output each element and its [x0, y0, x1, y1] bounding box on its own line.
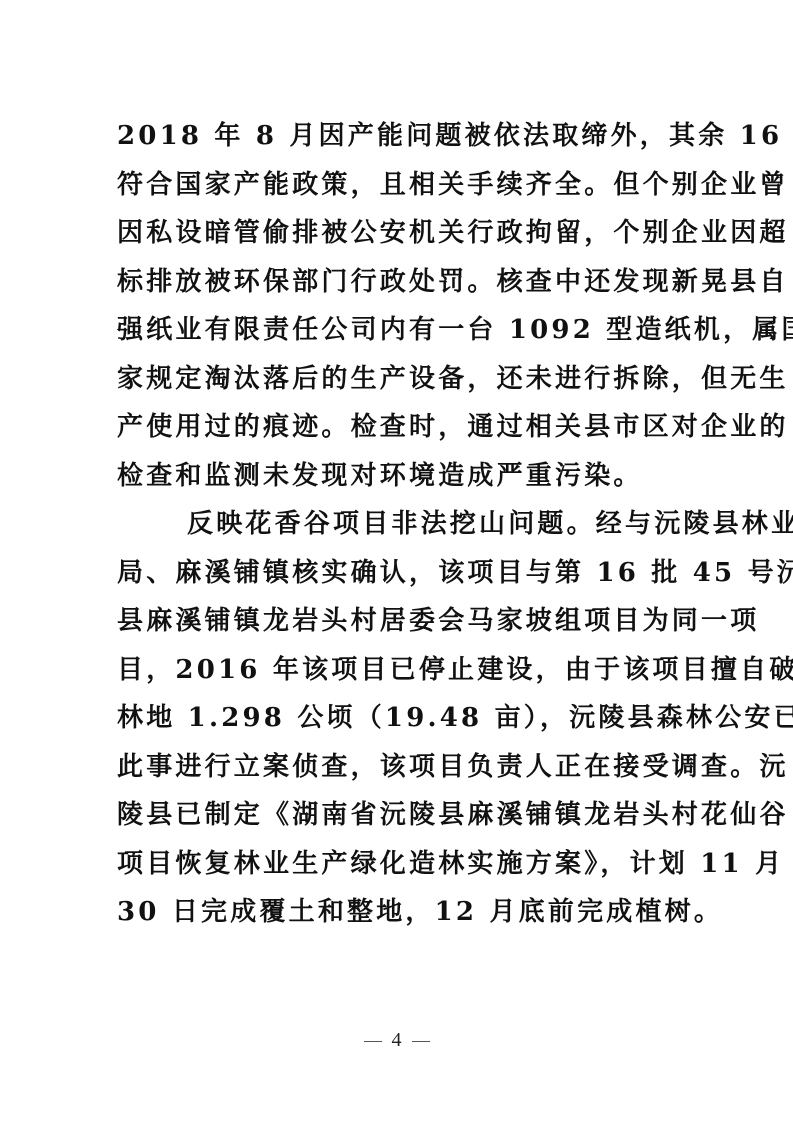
- text-line: 陵县已制定《湖南省沅陵县麻溪铺镇龙岩头村花仙谷: [117, 791, 687, 840]
- paragraph-enterprise-inspection: 2018 年 8 月因产能问题被依法取缔外，其余 16 家均 符合国家产能政策，…: [117, 112, 687, 500]
- text-line: 强纸业有限责任公司内有一台 1092 型造纸机，属国: [117, 306, 687, 355]
- body-text: 2018 年 8 月因产能问题被依法取缔外，其余 16 家均 符合国家产能政策，…: [117, 112, 687, 937]
- text-line: 县麻溪铺镇龙岩头村居委会马家坡组项目为同一项: [117, 597, 687, 646]
- text-line: 局、麻溪铺镇核实确认，该项目与第 16 批 45 号沅陵: [117, 549, 687, 598]
- text-line: 产使用过的痕迹。检查时，通过相关县市区对企业的: [117, 403, 687, 452]
- paragraph-huaxianggu-project: 反映花香谷项目非法挖山问题。经与沅陵县林业 局、麻溪铺镇核实确认，该项目与第 1…: [117, 500, 687, 937]
- text-line: 目，2016 年该项目已停止建设，由于该项目擅自破坏: [117, 646, 687, 695]
- text-line: 林地 1.298 公顷（19.48 亩），沅陵县森林公安已就: [117, 694, 687, 743]
- text-line: 标排放被环保部门行政处罚。核查中还发现新晃县自: [117, 258, 687, 307]
- page-number-value: 4: [392, 1029, 402, 1051]
- document-page: 2018 年 8 月因产能问题被依法取缔外，其余 16 家均 符合国家产能政策，…: [0, 0, 793, 1122]
- text-line: 反映花香谷项目非法挖山问题。经与沅陵县林业: [117, 500, 687, 549]
- dash-left: [364, 1041, 382, 1042]
- text-line: 检查和监测未发现对环境造成严重污染。: [117, 452, 687, 501]
- dash-right: [412, 1041, 430, 1042]
- text-line: 此事进行立案侦查，该项目负责人正在接受调查。沅: [117, 743, 687, 792]
- text-line: 30 日完成覆土和整地，12 月底前完成植树。: [117, 888, 687, 937]
- text-line: 因私设暗管偷排被公安机关行政拘留，个别企业因超: [117, 209, 687, 258]
- page-number: 4: [0, 1029, 793, 1052]
- text-line: 2018 年 8 月因产能问题被依法取缔外，其余 16 家均: [117, 112, 687, 161]
- text-line: 项目恢复林业生产绿化造林实施方案》，计划 11 月: [117, 840, 687, 889]
- text-line: 符合国家产能政策，且相关手续齐全。但个别企业曾: [117, 161, 687, 210]
- text-line: 家规定淘汰落后的生产设备，还未进行拆除，但无生: [117, 355, 687, 404]
